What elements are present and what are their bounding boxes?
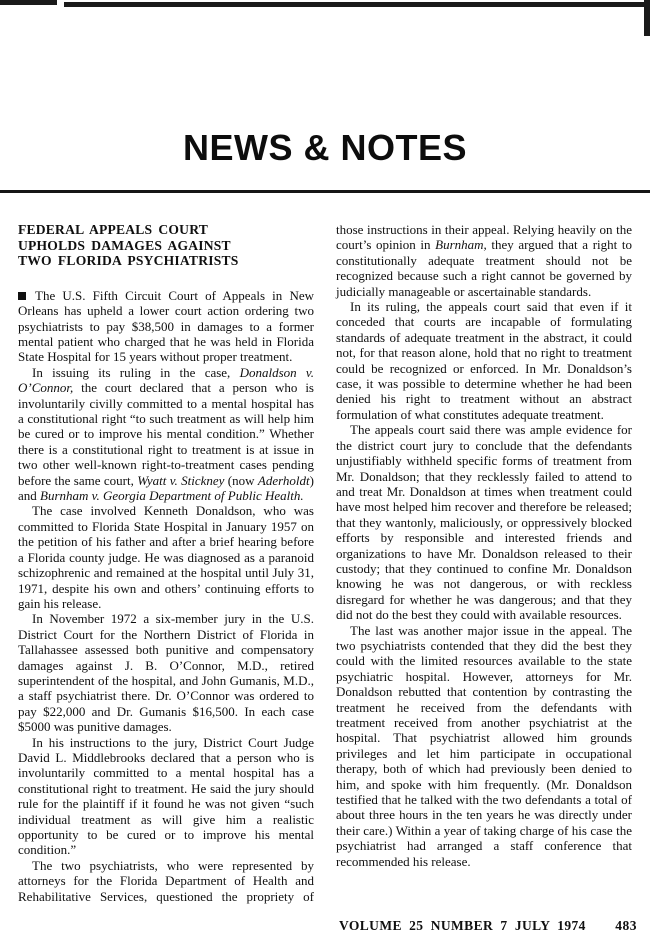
paragraph: In November 1972 a six-member jury in th… bbox=[18, 611, 314, 734]
article-body: FEDERAL APPEALS COURT UPHOLDS DAMAGES AG… bbox=[18, 222, 632, 904]
paragraph: The last was another major issue in the … bbox=[336, 623, 632, 870]
paragraph: those instructions in their appeal. Rely… bbox=[336, 222, 632, 299]
page-footer: VOLUME 25 NUMBER 7 JULY 1974 483 bbox=[339, 918, 637, 934]
left-column: FEDERAL APPEALS COURT UPHOLDS DAMAGES AG… bbox=[18, 222, 314, 904]
masthead-rule bbox=[0, 190, 650, 193]
paragraph: In its ruling, the appeals court said th… bbox=[336, 299, 632, 422]
volume-line: VOLUME 25 NUMBER 7 JULY 1974 bbox=[339, 918, 586, 934]
article-heading: FEDERAL APPEALS COURT UPHOLDS DAMAGES AG… bbox=[18, 222, 314, 269]
right-column: those instructions in their appeal. Rely… bbox=[336, 222, 632, 904]
page-number: 483 bbox=[615, 918, 637, 934]
article-heading-line-3: TWO FLORIDA PSYCHIATRISTS bbox=[18, 253, 314, 269]
scan-artifact-top-bar-left bbox=[0, 0, 57, 5]
paragraph: In his instructions to the jury, Distric… bbox=[18, 735, 314, 858]
scan-artifact-top-bar-main bbox=[64, 2, 650, 7]
paragraph: The case involved Kenneth Donaldson, who… bbox=[18, 503, 314, 611]
paragraph: The U.S. Fifth Circuit Court of Appeals … bbox=[18, 288, 314, 365]
article-heading-line-2: UPHOLDS DAMAGES AGAINST bbox=[18, 238, 314, 254]
paragraph: The appeals court said there was ample e… bbox=[336, 422, 632, 622]
scan-artifact-right-edge bbox=[644, 0, 650, 36]
masthead-title: NEWS & NOTES bbox=[0, 127, 650, 169]
right-column-paragraphs: those instructions in their appeal. Rely… bbox=[336, 222, 632, 869]
square-bullet-icon bbox=[18, 292, 26, 300]
article-heading-line-1: FEDERAL APPEALS COURT bbox=[18, 222, 314, 238]
paragraph: The two psychiatrists, who were represen… bbox=[18, 858, 314, 904]
left-column-paragraphs: The U.S. Fifth Circuit Court of Appeals … bbox=[18, 288, 314, 904]
paragraph: In issuing its ruling in the case, Donal… bbox=[18, 365, 314, 504]
